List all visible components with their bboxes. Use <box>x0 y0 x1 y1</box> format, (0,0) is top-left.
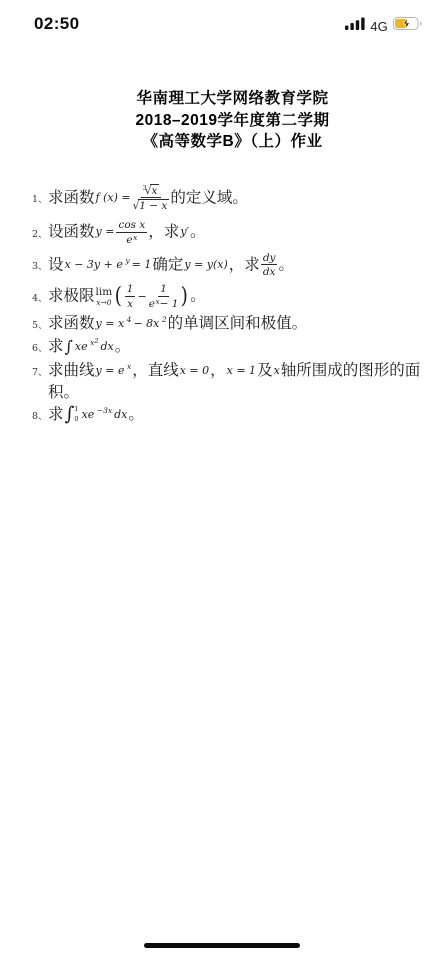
problem-7-mid2: ， <box>210 362 226 379</box>
y-prime-text: y′ <box>180 226 189 238</box>
formula-lhs: f (x) = <box>96 192 131 204</box>
problem-4-lead: 求极限 <box>48 288 95 305</box>
exponent: 2 <box>162 316 167 324</box>
problem-8-tail: 。 <box>128 406 144 423</box>
problem-3-number: 3、 <box>30 258 48 272</box>
document-title: 华南理工大学网络教育学院 2018–2019学年度第二学期 《高等数学B》（上）… <box>30 88 435 153</box>
exponent: 4 <box>127 316 132 324</box>
differential: dx <box>114 409 127 421</box>
problem-3-tail: 。 <box>278 256 294 273</box>
line-equation-1: x = 0 <box>180 365 209 377</box>
problem-6-lead: 求 <box>48 338 64 355</box>
problem-2-number: 2、 <box>30 226 48 240</box>
status-bar-right-cluster: 4G <box>345 17 422 35</box>
numerator: dy <box>261 252 278 266</box>
problem-4: 4、 求极限limx→0(1x−1ex− 1)。 <box>30 283 435 310</box>
problem-7: 7、 求曲线y = ex，直线x = 0，x = 1及x轴所围成的图形的面积。 <box>30 360 435 404</box>
title-line-university: 华南理工大学网络教育学院 <box>30 88 435 110</box>
status-bar: 02:50 4G <box>0 0 443 52</box>
integral-bounds: 10 <box>74 406 78 423</box>
problem-6: 6、 求∫xex2dx。 <box>30 336 435 358</box>
den-base: e <box>126 234 132 246</box>
curve-equation: y = ex <box>96 365 132 377</box>
root-index: 3 <box>143 185 147 192</box>
formula-lhs: y = <box>96 226 115 238</box>
problem-6-number: 6、 <box>30 340 48 354</box>
minus-sign: − <box>137 291 146 303</box>
den-rest: − 1 <box>160 298 179 310</box>
den-base: e <box>149 298 155 310</box>
title-line-semester: 2018–2019学年度第二学期 <box>30 110 435 132</box>
problem-5-lead: 求函数 <box>48 315 95 332</box>
equation-base: x − 3y + e <box>65 259 123 271</box>
problem-6-body: 求∫xex2dx。 <box>48 336 435 358</box>
function-text: y = y(x) <box>184 259 227 271</box>
problem-1-body: 求函数f (x) =3√x√1 − x的定义域。 <box>48 184 435 213</box>
problem-5-body: 求函数y = x4− 8x2的单调区间和极值。 <box>48 313 435 335</box>
problem-1-lead: 求函数 <box>48 189 95 206</box>
title-line-course: 《高等数学B》（上）作业 <box>30 131 435 153</box>
fraction: 1ex− 1 <box>149 283 179 310</box>
exponent: x <box>155 298 159 307</box>
problem-1: 1、 求函数f (x) =3√x√1 − x的定义域。 <box>30 184 435 213</box>
indefinite-integral: ∫xex2dx <box>65 339 114 355</box>
network-type-label: 4G <box>370 19 388 34</box>
exponent: x <box>127 363 131 371</box>
problem-3: 3、 设x − 3y + ey= 1确定y = y(x)，求dydx。 <box>30 252 435 279</box>
problem-8-number: 8、 <box>30 408 48 422</box>
home-indicator[interactable] <box>144 943 300 948</box>
integrand-base: xe <box>82 409 95 421</box>
problem-3-mid1: 确定 <box>152 256 183 273</box>
lower-bound: 0 <box>74 416 78 423</box>
problem-4-number: 4、 <box>30 290 48 304</box>
exponent: x <box>133 234 137 243</box>
exponent: y <box>125 257 129 265</box>
problem-2-body: 设函数y =cos xex，求y′。 <box>48 219 435 246</box>
upper-bound: 1 <box>74 406 78 413</box>
problem-2-tail: 。 <box>190 224 206 241</box>
polynomial-expression: y = x4− 8x2 <box>96 318 167 330</box>
problem-6-tail: 。 <box>115 338 131 355</box>
problem-8-lead: 求 <box>48 406 64 423</box>
integrand-base: xe <box>75 341 88 353</box>
denominator: dx <box>263 265 276 278</box>
derivative-fraction: dydx <box>261 252 278 279</box>
lim-subscript: x→0 <box>96 299 111 307</box>
radicand: x <box>150 184 159 197</box>
denominator: x <box>127 297 133 310</box>
expr-mid: − 8x <box>133 318 159 330</box>
implicit-equation: x − 3y + ey= 1 <box>65 259 152 271</box>
problem-7-lead: 求曲线 <box>48 362 95 379</box>
function-notation: y = y(x) <box>184 259 227 271</box>
problem-8: 8、 求∫10xe−3xdx。 <box>30 404 435 426</box>
exponent: −3x <box>97 407 112 415</box>
integral-sign: ∫ <box>65 339 73 355</box>
problem-3-lead: 设 <box>48 256 64 273</box>
exponent: x2 <box>90 339 98 347</box>
definite-integral: ∫10xe−3xdx <box>65 405 128 424</box>
line-text: x = 0 <box>180 365 209 377</box>
y-prime: y′ <box>180 226 189 238</box>
equation-rest: = 1 <box>132 259 152 271</box>
problem-1-tail: 的定义域。 <box>170 189 248 206</box>
lim-word: lim <box>96 287 113 298</box>
expr-base: y = x <box>96 318 125 330</box>
numerator: cos x <box>116 219 147 233</box>
problem-1-formula: f (x) =3√x√1 − x <box>96 184 170 213</box>
curve-base: y = e <box>96 365 125 377</box>
problem-5-number: 5、 <box>30 317 48 331</box>
line-equation-2: x = 1 <box>227 365 256 377</box>
left-paren: ( <box>115 287 122 307</box>
problem-7-mid3: 及 <box>257 362 273 379</box>
limit-expression: limx→0(1x−1ex− 1) <box>96 283 190 310</box>
problem-1-number: 1、 <box>30 191 48 205</box>
problem-2: 2、 设函数y =cos xex，求y′。 <box>30 219 435 246</box>
radicand: 1 − x <box>138 199 169 212</box>
problem-5: 5、 求函数y = x4− 8x2的单调区间和极值。 <box>30 313 435 335</box>
problem-7-number: 7、 <box>30 364 48 378</box>
axis-var-text: x <box>274 365 280 377</box>
right-paren: ) <box>181 287 188 307</box>
problem-3-mid2: ，求 <box>229 256 260 273</box>
problem-5-tail: 的单调区间和极值。 <box>168 315 308 332</box>
line-text: x = 1 <box>227 365 256 377</box>
fraction: 3√x√1 − x <box>133 184 170 213</box>
problem-7-body: 求曲线y = ex，直线x = 0，x = 1及x轴所围成的图形的面积。 <box>48 360 435 404</box>
fraction: 1x <box>125 283 136 310</box>
axis-variable: x <box>274 365 280 377</box>
problem-2-mid: ，求 <box>148 224 179 241</box>
problem-8-body: 求∫10xe−3xdx。 <box>48 404 435 426</box>
problem-3-body: 设x − 3y + ey= 1确定y = y(x)，求dydx。 <box>48 252 435 279</box>
limit-operator: limx→0 <box>96 287 113 306</box>
numerator: 1 <box>125 283 136 297</box>
problem-2-formula: y =cos xex <box>96 219 148 246</box>
problem-2-lead: 设函数 <box>48 224 95 241</box>
problem-7-mid1: ，直线 <box>132 362 179 379</box>
phone-screen: 02:50 4G 华南 <box>0 0 443 959</box>
cellular-signal-icon <box>345 17 365 35</box>
integral-sign: ∫ <box>65 405 75 424</box>
fraction: cos xex <box>116 219 147 246</box>
clock-time: 02:50 <box>34 14 79 34</box>
problem-4-body: 求极限limx→0(1x−1ex− 1)。 <box>48 283 435 310</box>
differential: dx <box>100 341 113 353</box>
exp-exponent: 2 <box>94 337 98 345</box>
problem-4-tail: 。 <box>190 288 206 305</box>
document-page: 华南理工大学网络教育学院 2018–2019学年度第二学期 《高等数学B》（上）… <box>30 88 435 426</box>
numerator: 1 <box>158 283 169 297</box>
battery-charging-icon <box>393 17 422 35</box>
